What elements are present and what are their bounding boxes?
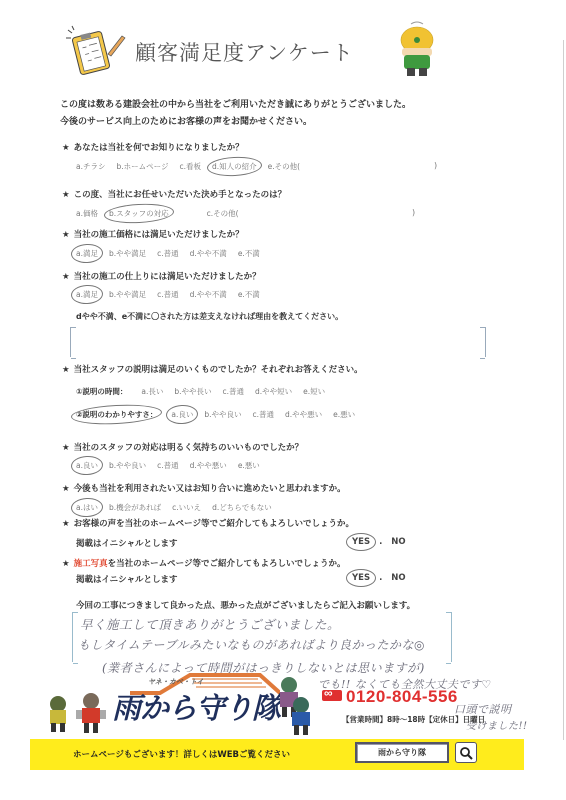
option-normal[interactable]: c.普通 [157, 248, 179, 259]
option-somewhat-good[interactable]: b.やや良い [204, 409, 241, 420]
option-satisfied[interactable]: a.満足 [76, 289, 98, 300]
question-decisive-factor: ★この度、当社にお任せいただいた決め手となったのは？ [62, 188, 286, 200]
explanation-clarity-label: ②説明のわかりやすさ： [76, 409, 157, 420]
publish-photo-note: 掲載はイニシャルとします [76, 573, 178, 585]
option-homepage[interactable]: b.ホームページ [116, 161, 168, 172]
explanation-time-label: ①説明の時間： [76, 386, 127, 397]
option-short[interactable]: e.短い [303, 386, 325, 397]
option-signboard[interactable]: c.看板 [179, 161, 201, 172]
question-reuse: ★今後も当社を利用されたい又はお知り合いに進めたいと思われますか。 [62, 482, 346, 494]
clipboard-icon [64, 24, 126, 78]
option-normal[interactable]: c.普通 [157, 289, 179, 300]
option-somewhat-bad[interactable]: d.やや悪い [190, 460, 227, 471]
question-price-satisfaction: ★当社の施工価格には満足いただけましたか？ [62, 228, 244, 240]
option-normal[interactable]: c.普通 [157, 460, 179, 471]
question-staff-attitude: ★当社のスタッフの対応は明るく気持ちのいいものでしたか？ [62, 441, 303, 453]
comments-prompt: 今回の工事につきまして良かった点、悪かった点がございましたらご記入お願いします。 [76, 599, 415, 611]
option-price[interactable]: a.価格 [76, 208, 98, 219]
no-option[interactable]: NO [391, 537, 405, 547]
option-normal[interactable]: c.普通 [223, 386, 245, 397]
hero-character-yellow [44, 695, 72, 733]
question-publish-photo: ★施工写真を当社のホームページ等でご紹介してもよろしいでしょうか。 [62, 557, 345, 569]
option-somewhat-satisfied[interactable]: b.やや満足 [109, 289, 146, 300]
no-option[interactable]: NO [391, 573, 405, 583]
handwritten-line-2: もしタイムテーブルみたいなものがあればより良かったかな◎ [78, 636, 425, 653]
option-somewhat-good[interactable]: b.やや良い [109, 460, 146, 471]
paren-close: ) [434, 161, 437, 170]
question-how-known: ★あなたは当社を何でお知りになりましたか？ [62, 141, 244, 153]
options-price-satisfaction: a.満足 b.やや満足 c.普通 d.やや不満 e.不満 [76, 248, 271, 259]
option-dissatisfied[interactable]: e.不満 [238, 289, 260, 300]
question-finish-satisfaction: ★当社の施工の仕上りには満足いただけましたか？ [62, 270, 261, 282]
page-title: 顧客満足度アンケート [135, 37, 354, 67]
option-satisfied[interactable]: a.満足 [76, 248, 98, 259]
options-explanation-clarity: ②説明のわかりやすさ： a.良い b.やや良い c.普通 d.やや悪い e.悪い [76, 409, 366, 420]
intro-line-1: この度は数ある建設会社の中から当社をご利用いただき誠にありがとうございました。 [60, 97, 411, 110]
separator: . [379, 537, 382, 547]
option-staff-response[interactable]: b.スタッフの対応 [109, 208, 169, 219]
option-somewhat-short[interactable]: d.やや短い [255, 386, 292, 397]
phone-number[interactable]: 0120-804-556 [322, 687, 458, 707]
option-somewhat-satisfied[interactable]: b.やや満足 [109, 248, 146, 259]
publish-voice-choice: YES . NO [352, 537, 406, 547]
options-explanation-time: ①説明の時間： a.長い b.やや長い c.普通 d.やや短い e.短い [76, 386, 336, 397]
option-if-opportunity[interactable]: b.機会があれば [109, 502, 161, 513]
hero-character-red [76, 692, 106, 734]
option-somewhat-dissatisfied[interactable]: d.やや不満 [190, 289, 227, 300]
company-logo: 雨から守り隊 [112, 686, 280, 727]
reason-input[interactable] [70, 327, 486, 357]
option-bad[interactable]: e.悪い [238, 460, 260, 471]
option-somewhat-long[interactable]: b.やや長い [174, 386, 211, 397]
search-icon [459, 746, 473, 760]
option-no[interactable]: c.いいえ [172, 502, 201, 513]
handwritten-line-1: 早く施工して頂きありがとうございました。 [80, 615, 340, 633]
option-good[interactable]: a.良い [76, 460, 98, 471]
business-hours: 【営業時間】8時〜18時【定休日】日曜日 [342, 714, 485, 725]
options-decisive-factor: a.価格 b.スタッフの対応 c.その他( [76, 208, 250, 219]
yes-option[interactable]: YES [352, 573, 370, 583]
option-flyer[interactable]: a.チラシ [76, 161, 105, 172]
separator: . [379, 573, 382, 583]
option-normal[interactable]: c.普通 [253, 409, 275, 420]
hero-character-blue [286, 696, 316, 736]
options-how-known: a.チラシ b.ホームページ c.看板 d.知人の紹介 e.その他( [76, 161, 311, 172]
options-staff-attitude: a.良い b.やや良い c.普通 d.やや悪い e.悪い [76, 460, 271, 471]
option-other[interactable]: e.その他( [268, 161, 300, 172]
option-neither[interactable]: d.どちらでもない [212, 502, 272, 513]
paren-close: ) [412, 208, 415, 217]
yes-option[interactable]: YES [352, 537, 370, 547]
publish-photo-choice: YES . NO [352, 573, 406, 583]
option-other[interactable]: c.その他( [207, 208, 239, 219]
search-button[interactable] [455, 742, 477, 763]
option-yes[interactable]: a.はい [76, 502, 98, 513]
option-dissatisfied[interactable]: e.不満 [238, 248, 260, 259]
option-somewhat-bad[interactable]: d.やや悪い [285, 409, 322, 420]
banner-text: ホームページもございます！詳しくはWEBご覧ください [73, 748, 290, 760]
option-long[interactable]: a.長い [141, 386, 163, 397]
options-reuse: a.はい b.機会があれば c.いいえ d.どちらでもない [76, 502, 283, 513]
intro-line-2: 今後のサービス向上のためにお客様の声をお聞かせください。 [60, 114, 312, 127]
options-finish-satisfaction: a.満足 b.やや満足 c.普通 d.やや不満 e.不満 [76, 289, 271, 300]
option-somewhat-dissatisfied[interactable]: d.やや不満 [190, 248, 227, 259]
bowing-worker-mascot [393, 20, 441, 78]
search-input[interactable]: 雨から守り隊 [355, 742, 449, 763]
publish-voice-note: 掲載はイニシャルとします [76, 537, 178, 549]
reason-note: dやや不満、e不満に〇された方は差支えなければ理由を教えてください。 [76, 311, 343, 322]
option-bad[interactable]: e.悪い [333, 409, 355, 420]
option-good[interactable]: a.良い [171, 409, 193, 420]
question-explanation: ★当社スタッフの説明は満足のいくものでしたか？それぞれお答えください。 [62, 363, 363, 375]
question-publish-voice: ★お客様の声を当社のホームページ等でご紹介してもよろしいでしょうか。 [62, 517, 354, 529]
freedial-icon [322, 690, 342, 701]
page-edge [563, 40, 564, 740]
option-referral[interactable]: d.知人の紹介 [212, 161, 257, 172]
